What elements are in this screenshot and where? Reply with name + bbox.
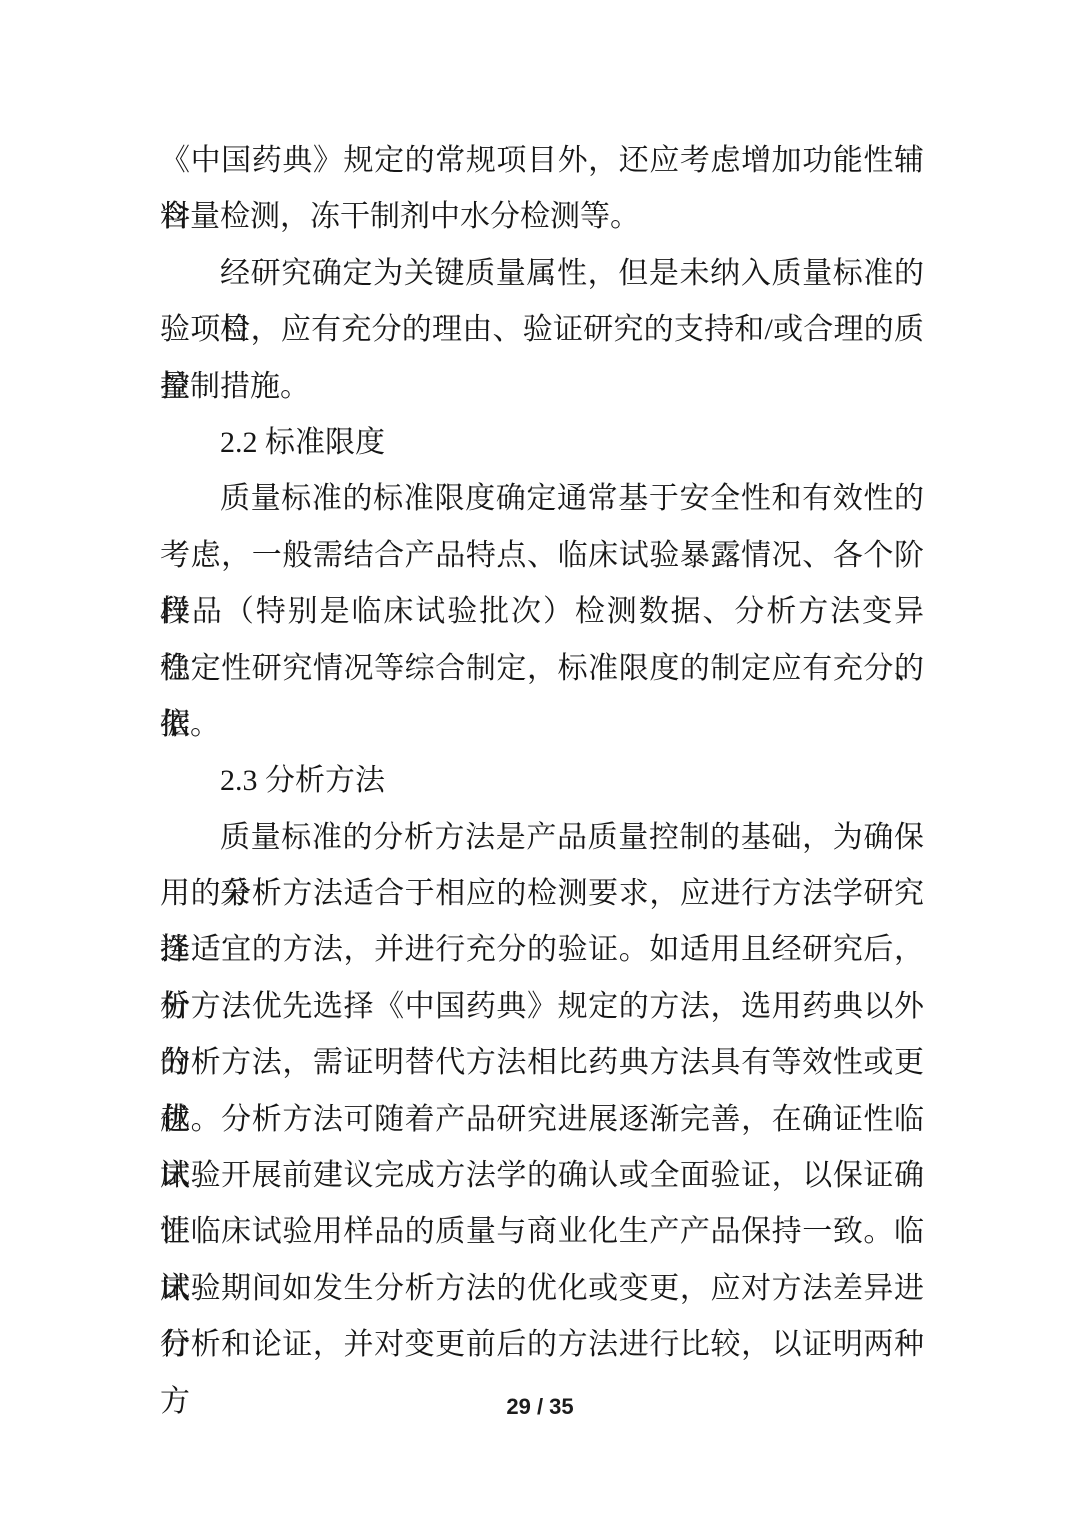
text-line: 分析方法，需证明替代方法相比药典方法具有等效性或更优 [160, 1035, 924, 1091]
page-number-indicator: 29 / 35 [0, 1392, 1080, 1422]
text-line: 析方法优先选择《中国药典》规定的方法，选用药典以外的 [160, 979, 924, 1035]
text-line: 质量标准的标准限度确定通常基于安全性和有效性的 [160, 471, 924, 527]
text-line: 分析和论证，并对变更前后的方法进行比较，以证明两种方 [160, 1317, 924, 1373]
document-page: 《中国药典》规定的常规项目外，还应考虑增加功能性辅料含量检测，冻干制剂中水分检测… [0, 0, 1080, 1527]
text-line: 择适宜的方法，并进行充分的验证。如适用且经研究后，分 [160, 922, 924, 978]
text-line: 2.3 分析方法 [160, 753, 924, 809]
text-line: 用的分析方法适合于相应的检测要求，应进行方法学研究选 [160, 866, 924, 922]
text-line: 含量检测，冻干制剂中水分检测等。 [160, 189, 924, 245]
text-line: 稳定性研究情况等综合制定，标准限度的制定应有充分的依 [160, 641, 924, 697]
text-line: 2.2 标准限度 [160, 415, 924, 471]
text-line: 试验期间如发生分析方法的优化或变更，应对方法差异进行 [160, 1261, 924, 1317]
text-line: 控制措施。 [160, 359, 924, 415]
text-line: 据。 [160, 697, 924, 753]
text-column: 《中国药典》规定的常规项目外，还应考虑增加功能性辅料含量检测，冻干制剂中水分检测… [160, 133, 924, 1374]
text-line: 考虑，一般需结合产品特点、临床试验暴露情况、各个阶段 [160, 528, 924, 584]
text-line: 《中国药典》规定的常规项目外，还应考虑增加功能性辅料 [160, 133, 924, 189]
text-line: 样品（特别是临床试验批次）检测数据、分析方法变异性、 [160, 584, 924, 640]
text-line: 经研究确定为关键质量属性，但是未纳入质量标准的检 [160, 246, 924, 302]
text-line: 性临床试验用样品的质量与商业化生产产品保持一致。临床 [160, 1204, 924, 1260]
text-line: 越。分析方法可随着产品研究进展逐渐完善，在确证性临床 [160, 1092, 924, 1148]
text-line: 验项目，应有充分的理由、验证研究的支持和/或合理的质量 [160, 302, 924, 358]
text-line: 质量标准的分析方法是产品质量控制的基础，为确保采 [160, 810, 924, 866]
text-line: 试验开展前建议完成方法学的确认或全面验证，以保证确证 [160, 1148, 924, 1204]
